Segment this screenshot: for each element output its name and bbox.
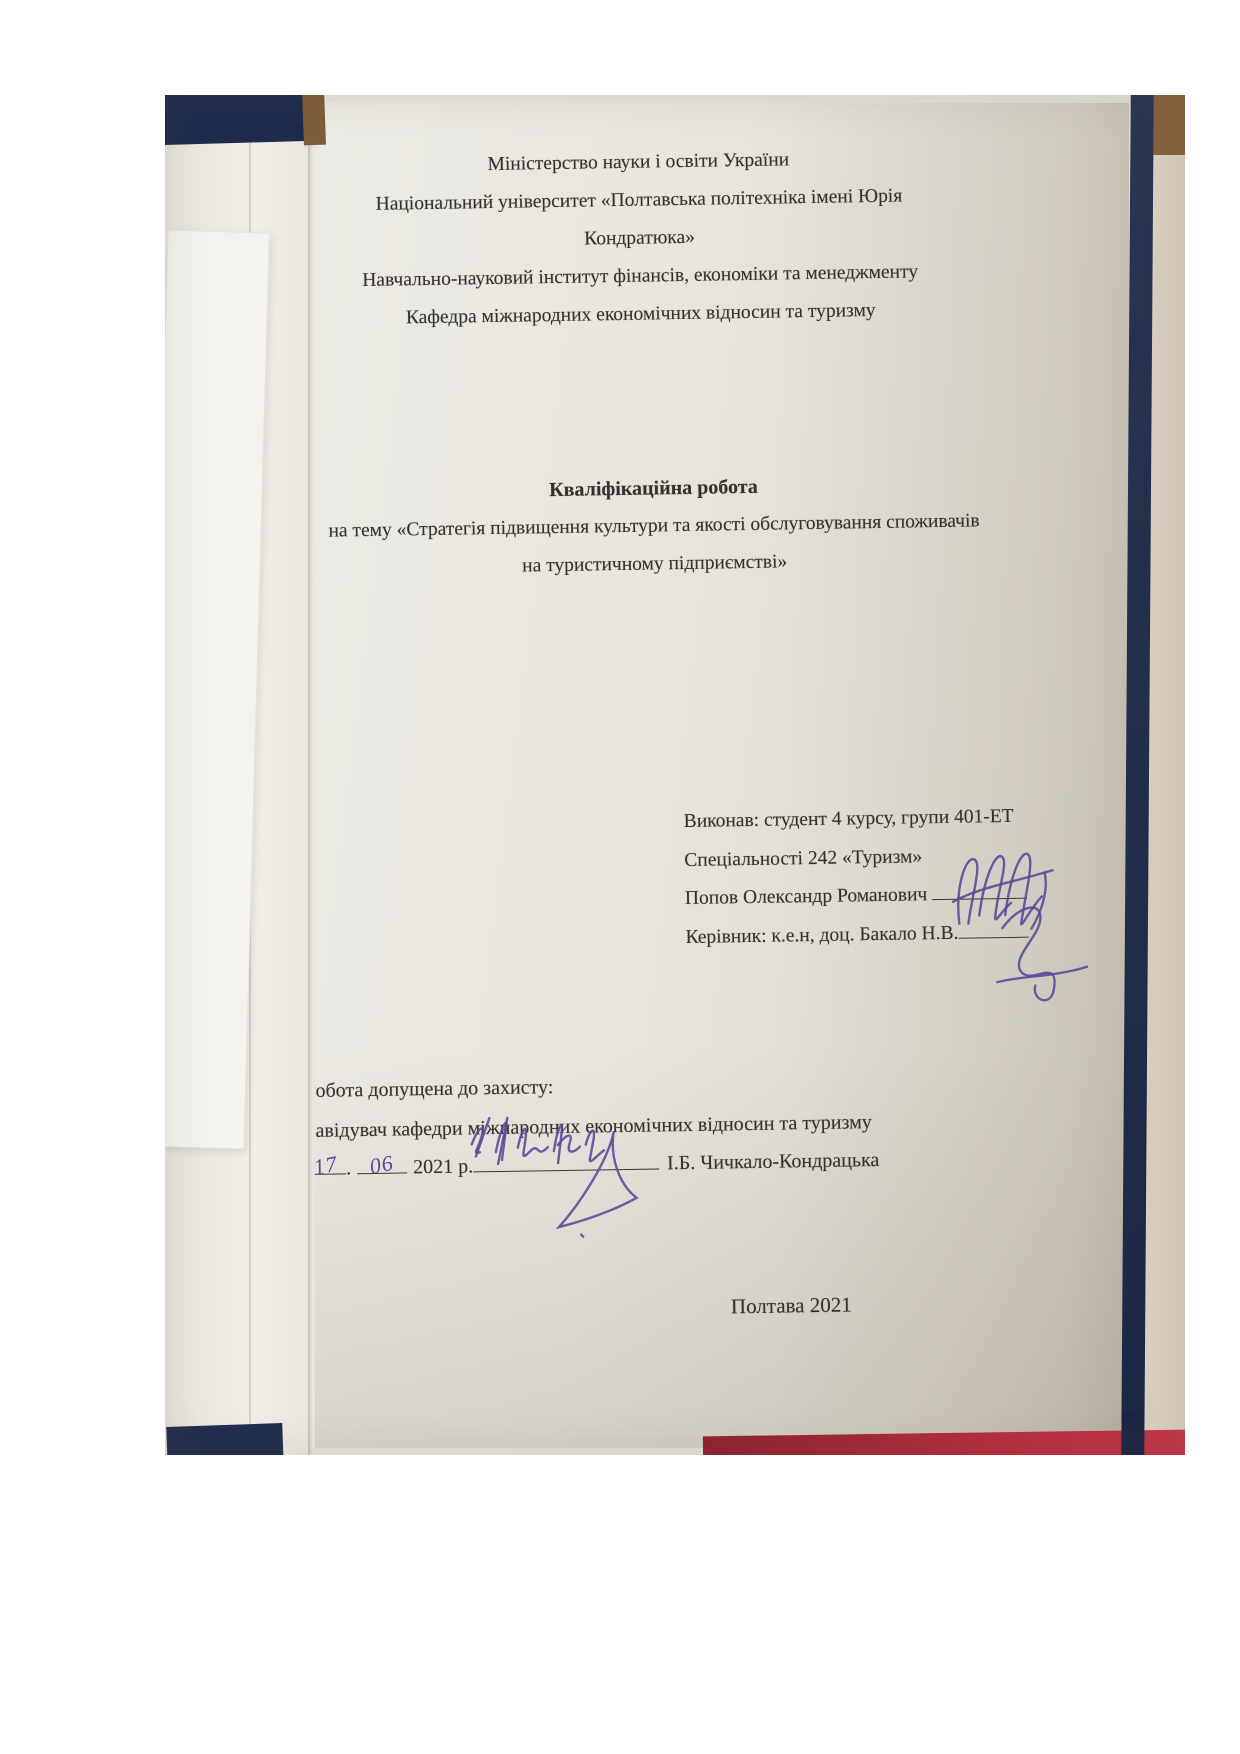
handwritten-day: 17: [311, 1151, 339, 1181]
approval-block: Робота допущена до захисту: Завідувач ка…: [305, 1062, 872, 1151]
title-block: Кваліфікаційна робота на тему «Стратегія…: [238, 463, 1070, 590]
handwritten-month: 06: [367, 1150, 395, 1180]
student-name-line: Попов Олександр Романович: [685, 875, 1028, 919]
speciality-line: Спеціальності 242 «Туризм»: [684, 836, 1027, 880]
date-separator: .: [346, 1157, 351, 1179]
date-year: 2021 р.: [413, 1155, 473, 1178]
performed-by-line: Виконав: студент 4 курсу, групи 401-ЕТ: [683, 798, 1026, 842]
supervisor-signature-line: [958, 920, 1028, 939]
month-underline: 06: [357, 1153, 407, 1174]
head-signature-line: [473, 1149, 659, 1172]
supervisor-line: Керівник: к.е.н, доц. Бакало Н.В.: [685, 913, 1028, 957]
folder-edge-top: [165, 95, 310, 145]
title-page-text-layer: . Міністерство науки і освіти України На…: [232, 96, 1139, 1455]
cover-page-gutter: [308, 95, 312, 1455]
author-block: Виконав: студент 4 курсу, групи 401-ЕТ С…: [683, 798, 1028, 957]
photo-of-open-folder: . Міністерство науки і освіти України На…: [165, 95, 1185, 1455]
student-signature-line: [932, 881, 1027, 900]
approval-date-line: 17.062021 р.І.Б. Чичкало-Кондрацька: [306, 1146, 880, 1181]
table-sliver-top: [302, 95, 326, 145]
thesis-title-page: . Міністерство науки і освіти України На…: [243, 103, 1129, 1448]
folder-edge-bottom-left: [166, 1423, 283, 1455]
head-name: І.Б. Чичкало-Кондрацька: [667, 1149, 880, 1174]
student-name: Попов Олександр Романович: [685, 884, 928, 909]
supervisor-name: Керівник: к.е.н, доц. Бакало Н.В.: [685, 922, 958, 947]
head-title-line: Завідувач кафедри міжнародних економічни…: [305, 1102, 872, 1151]
footer-city-year: Полтава 2021: [691, 1292, 891, 1320]
header-block: Міністерство науки і освіти України Наці…: [233, 137, 1046, 340]
